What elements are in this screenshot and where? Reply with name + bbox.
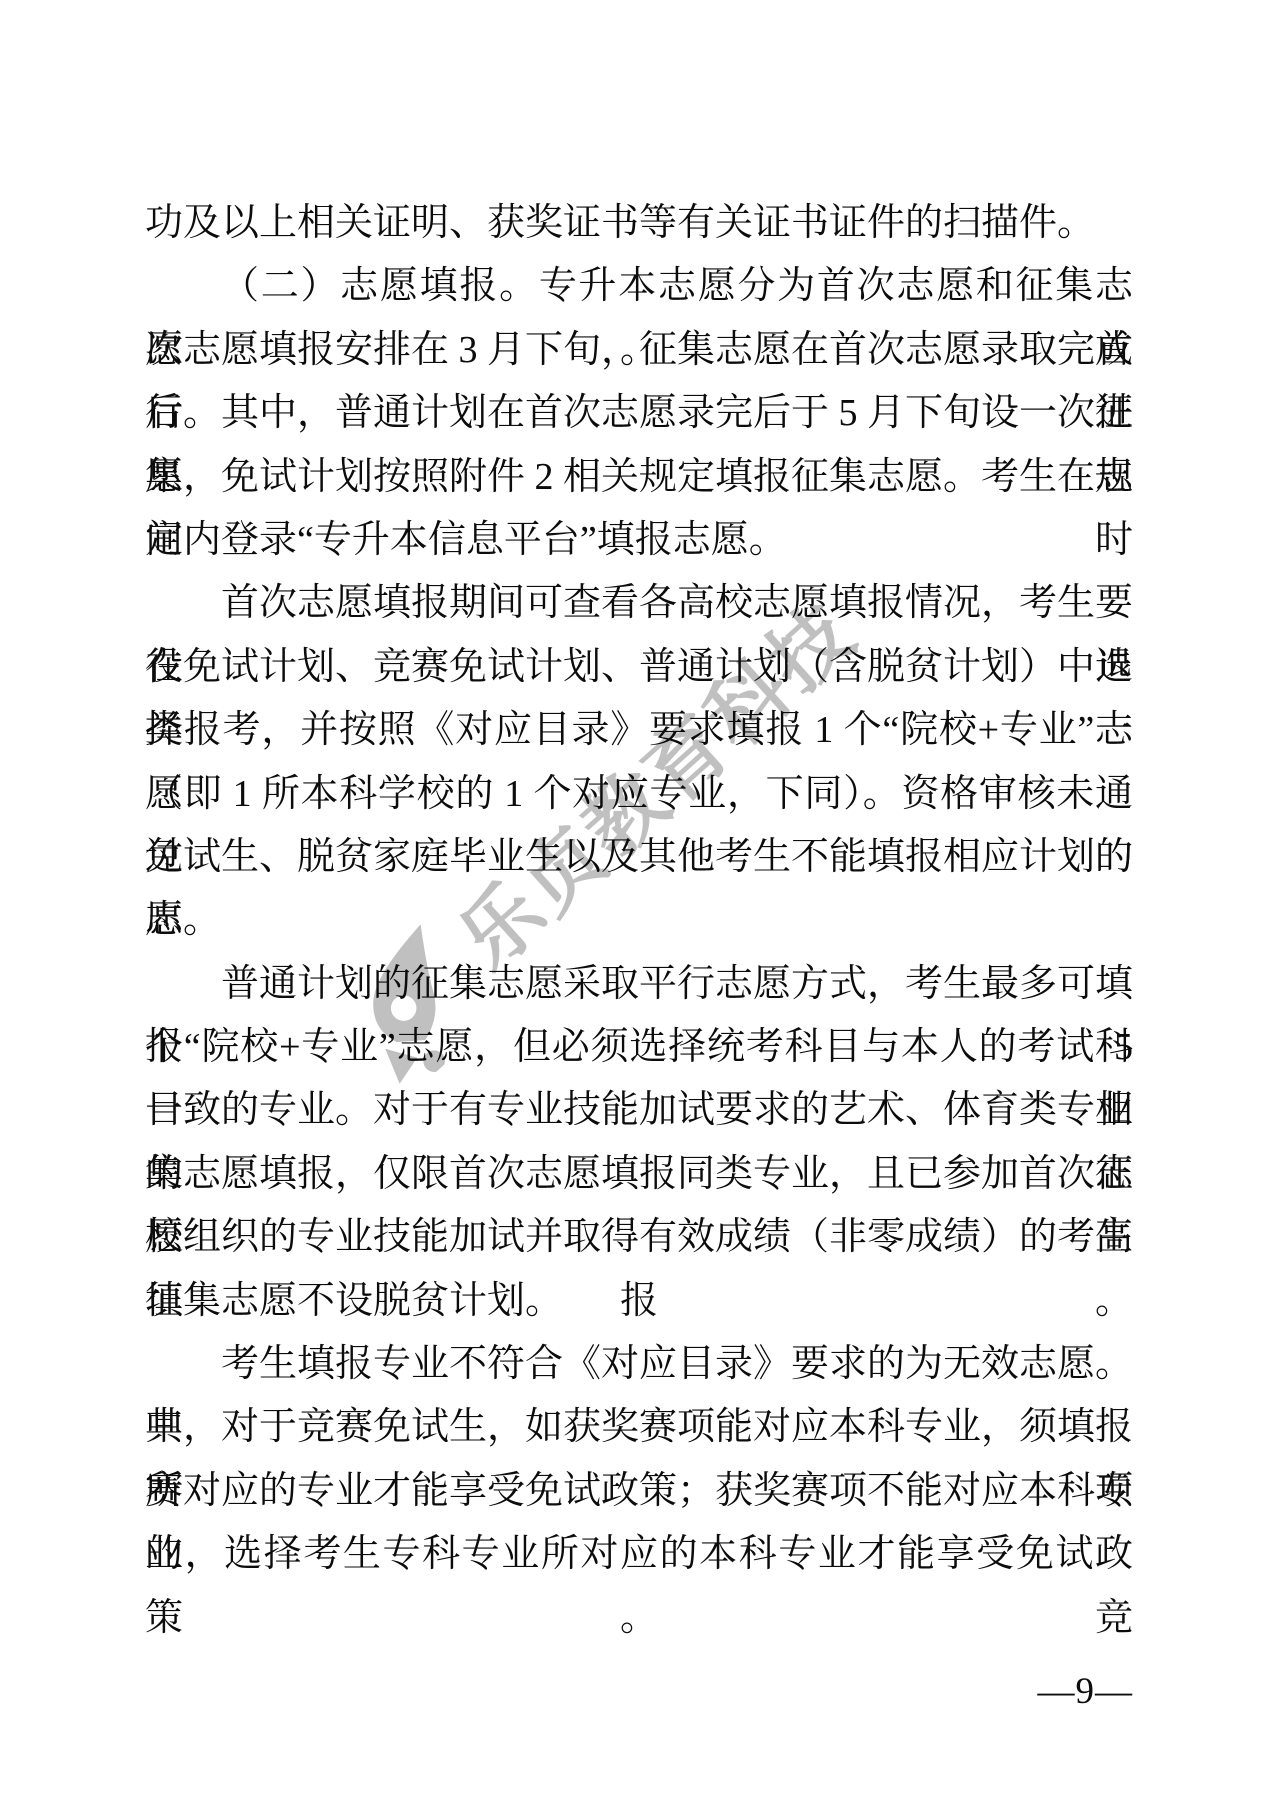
- text-line: 次志愿填报安排在 3 月下旬，征集志愿在首次志愿录取完成后进: [145, 319, 1133, 382]
- text-line: 集志愿填报，仅限首次志愿填报同类专业，且已参加首次志愿高: [145, 1143, 1133, 1206]
- text-line: 个“院校+专业”志愿，但必须选择统考科目与本人的考试科目相: [145, 1016, 1133, 1079]
- text-line: （二）志愿填报。专升本志愿分为首次志愿和征集志愿。首: [145, 255, 1133, 318]
- text-line: 愿，免试计划按照附件 2 相关规定填报征集志愿。考生在规定时: [145, 446, 1133, 509]
- text-line: 考生填报专业不符合《对应目录》要求的为无效志愿。其: [145, 1333, 1133, 1396]
- text-line: 普通计划的征集志愿采取平行志愿方式，考生最多可填报 5: [145, 953, 1133, 1016]
- page-number: —9—: [1038, 1672, 1134, 1712]
- document-lines: 功及以上相关证明、获奖证书等有关证书证件的扫描件。（二）志愿填报。专升本志愿分为…: [145, 192, 1133, 1587]
- text-line: 首次志愿填报期间可查看各高校志愿填报情况，考生要在退: [145, 572, 1133, 635]
- document-page: 乐贞教育科技 功及以上相关证明、获奖证书等有关证书证件的扫描件。（二）志愿填报。…: [0, 0, 1280, 1810]
- text-line: （即 1 所本科学校的 1 个对应专业，下同）。资格审核未通过的: [145, 763, 1133, 826]
- text-line: 愿。: [145, 889, 1133, 952]
- text-line: 免试生、脱贫家庭毕业生以及其他考生不能填报相应计划的志: [145, 826, 1133, 889]
- document-body: 功及以上相关证明、获奖证书等有关证书证件的扫描件。（二）志愿填报。专升本志愿分为…: [145, 192, 1133, 1587]
- text-line: 的，选择考生专科专业所对应的本科专业才能享受免试政策。竞: [145, 1523, 1133, 1586]
- text-line: 类报考，并按照《对应目录》要求填报 1 个“院校+专业”志愿: [145, 699, 1133, 762]
- text-line: 功及以上相关证明、获奖证书等有关证书证件的扫描件。: [145, 192, 1133, 255]
- text-line: 役免试计划、竞赛免试计划、普通计划（含脱贫计划）中选择一: [145, 636, 1133, 699]
- text-line: 中，对于竞赛免试生，如获奖赛项能对应本科专业，须填报赛项: [145, 1396, 1133, 1459]
- text-line: 所对应的专业才能享受免试政策；获奖赛项不能对应本科专业: [145, 1460, 1133, 1523]
- text-line: 行。其中，普通计划在首次志愿录完后于 5 月下旬设一次征集志: [145, 382, 1133, 445]
- text-line: 校组织的专业技能加试并取得有效成绩（非零成绩）的考生填报。: [145, 1206, 1133, 1269]
- text-line: 一致的专业。对于有专业技能加试要求的艺术、体育类专业的征: [145, 1079, 1133, 1142]
